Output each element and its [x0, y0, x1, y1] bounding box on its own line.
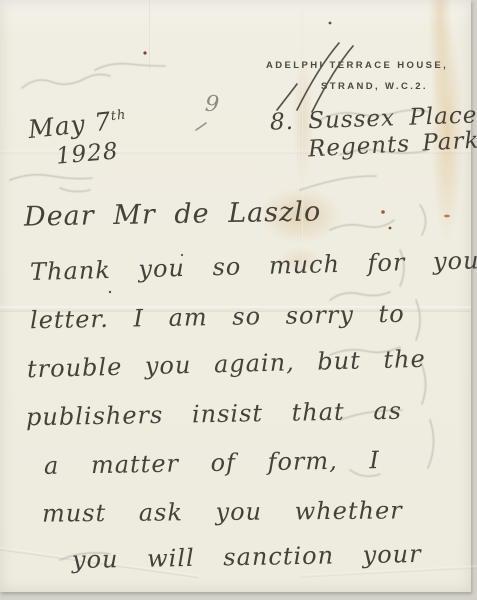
salutation-line: Dear Mr de Laszlo	[24, 196, 322, 232]
letterhead-line1: ADELPHI TERRACE HOUSE,	[266, 60, 448, 71]
body-line: Thank you so much for your	[30, 246, 477, 286]
body-line: a matter of form, I	[44, 446, 380, 480]
body-line: publishers insist that as	[26, 397, 402, 432]
body-line: must ask you whether	[42, 496, 403, 527]
letter-paper-sheet: ADELPHI TERRACE HOUSE, STRAND, W.C.2.	[0, 0, 471, 592]
letter-scan: ADELPHI TERRACE HOUSE, STRAND, W.C.2.	[0, 0, 477, 600]
body-line: trouble you again, but the	[27, 345, 426, 383]
body-line: you will sanction your	[72, 540, 422, 574]
pencil-page-number: 9	[204, 92, 221, 118]
body-line: letter. I am so sorry to	[30, 300, 405, 335]
vertical-crease	[149, 0, 151, 70]
date-day-text: May 7	[27, 107, 113, 145]
date-ordinal-suffix: th	[110, 108, 127, 125]
date-year: 1928	[55, 138, 120, 169]
letterhead-line2: STRAND, W.C.2.	[321, 81, 428, 92]
